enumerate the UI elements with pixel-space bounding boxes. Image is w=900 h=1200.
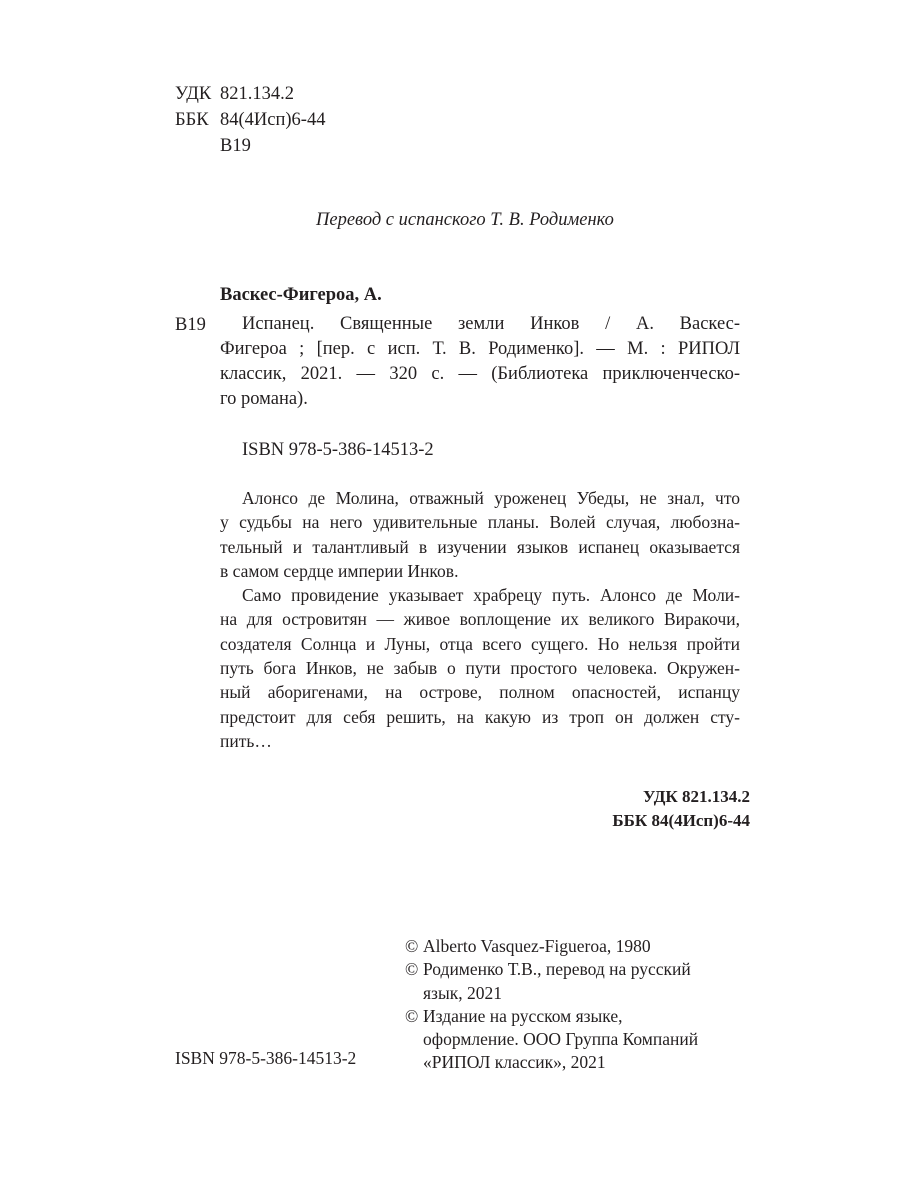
bbk-code: ББК84(4Исп)6-44: [175, 108, 325, 132]
copyright-text: оформление. ООО Группа Компаний: [405, 1028, 765, 1051]
copyright-entry: ©Издание на русском языке, оформление. О…: [405, 1005, 765, 1075]
annotation-line: предстоит для себя решить, на какую из т…: [220, 705, 740, 729]
bbk-label: ББК: [175, 108, 220, 132]
copyright-block: ©Alberto Vasquez-Figueroa, 1980 ©Родимен…: [405, 935, 765, 1075]
author-heading: Васкес-Фигероа, А.: [220, 285, 382, 306]
copyright-text: Родименко Т.В., перевод на русский: [423, 959, 691, 979]
bib-line: Фигероа ; [пер. с исп. Т. В. Родименко].…: [220, 337, 740, 362]
bibliographic-description: Испанец. Священные земли Инков / А. Васк…: [220, 312, 740, 412]
copyright-entry: ©Alberto Vasquez-Figueroa, 1980: [405, 935, 765, 958]
isbn-record: ISBN 978-5-386-14513-2: [242, 440, 434, 461]
udk-label: УДК: [175, 82, 220, 106]
annotation: Алонсо де Молина, отважный уроженец Убед…: [220, 486, 740, 753]
copyright-text: Alberto Vasquez-Figueroa, 1980: [423, 936, 651, 956]
footer-bbk: ББК 84(4Исп)6-44: [612, 811, 750, 831]
annotation-line: создателя Солнца и Луны, отца всего суще…: [220, 632, 740, 656]
annotation-line: Само провидение указывает храбрецу путь.…: [220, 583, 740, 607]
author-mark-value: В19: [220, 136, 251, 156]
bib-line: классик, 2021. — 320 с. — (Библиотека пр…: [220, 362, 740, 387]
annotation-paragraph: Алонсо де Молина, отважный уроженец Убед…: [220, 486, 740, 583]
copyright-icon: ©: [405, 1005, 423, 1028]
copyright-text: язык, 2021: [405, 982, 765, 1005]
copyright-text: Издание на русском языке,: [423, 1006, 623, 1026]
copyright-icon: ©: [405, 958, 423, 981]
copyright-icon: ©: [405, 935, 423, 958]
bib-line: Испанец. Священные земли Инков / А. Васк…: [220, 312, 740, 337]
annotation-line: у судьбы на него удивительные планы. Вол…: [220, 510, 740, 534]
udk-value: 821.134.2: [220, 84, 294, 104]
annotation-line: Алонсо де Молина, отважный уроженец Убед…: [220, 486, 740, 510]
bib-author-mark: В19: [175, 315, 206, 336]
annotation-line: ный аборигенами, на острове, полном опас…: [220, 680, 740, 704]
author-mark: В19: [175, 134, 251, 158]
annotation-line: в самом сердце империи Инков.: [220, 559, 740, 583]
bib-line: го романа).: [220, 387, 740, 412]
bbk-value: 84(4Исп)6-44: [220, 110, 325, 130]
annotation-line: на для островитян — живое воплощение их …: [220, 607, 740, 631]
footer-udk: УДК 821.134.2: [643, 787, 750, 807]
copyright-entry: ©Родименко Т.В., перевод на русский язык…: [405, 958, 765, 1005]
annotation-line: тельный и талантливый в изучении языков …: [220, 535, 740, 559]
annotation-paragraph: Само провидение указывает храбрецу путь.…: [220, 583, 740, 753]
annotation-line: путь бога Инков, не забыв о пути простог…: [220, 656, 740, 680]
annotation-line: пить…: [220, 729, 740, 753]
isbn-footer: ISBN 978-5-386-14513-2: [175, 1048, 356, 1069]
udk-code: УДК821.134.2: [175, 82, 294, 106]
copyright-text: «РИПОЛ классик», 2021: [405, 1051, 765, 1074]
translator-credit: Перевод с испанского Т. В. Родименко: [316, 210, 614, 231]
